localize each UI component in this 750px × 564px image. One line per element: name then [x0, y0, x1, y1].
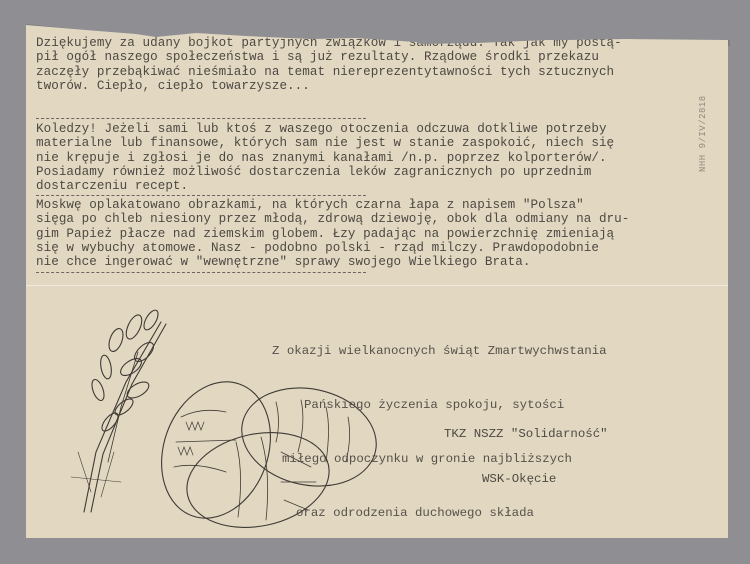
signature-organization: TKZ NSZZ "Solidarność" — [444, 427, 608, 442]
greeting-line: Z okazji wielkanocnych świąt Zmartwychws… — [272, 342, 607, 360]
pussy-willow-branch-icon — [71, 308, 166, 512]
leaflet-paper: Dziękujemy za udany bojkot partyjnych zw… — [26, 22, 728, 538]
archive-stamp: NHH 9/IV/2818 — [698, 95, 708, 172]
signature-location: WSK-Okęcie — [444, 472, 608, 487]
signature-block: TKZ NSZZ "Solidarność" WSK-Okęcie — [444, 397, 608, 517]
